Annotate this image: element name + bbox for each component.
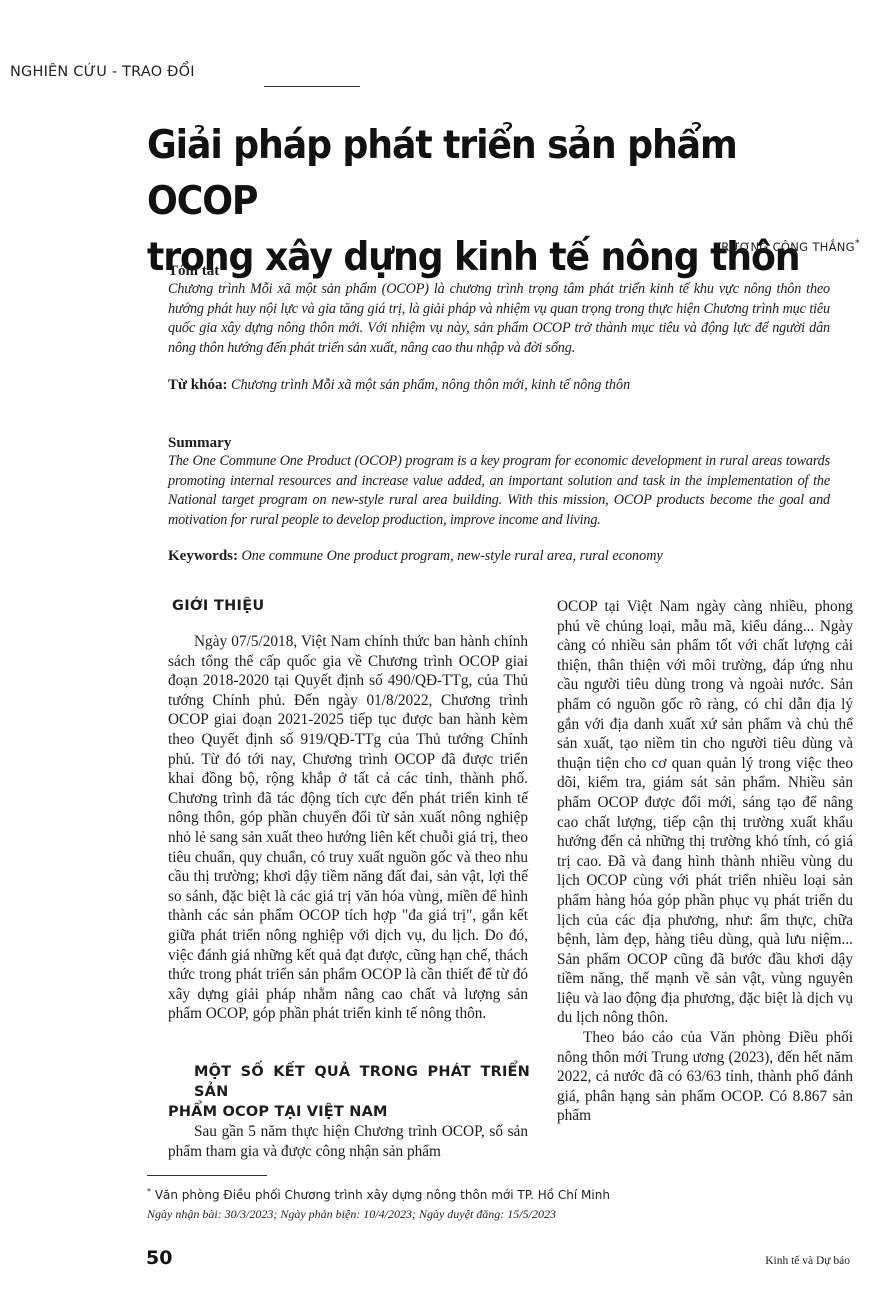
abstract-body: Chương trình Mỗi xã một sản phẩm (OCOP) …: [168, 280, 830, 358]
page-number: 50: [146, 1247, 172, 1269]
keywords-en-line: Keywords: One commune One product progra…: [168, 547, 830, 565]
title-line-1: Giải pháp phát triển sản phẩm OCOP: [147, 118, 817, 230]
keywords-en-text: One commune One product program, new-sty…: [242, 548, 663, 564]
author-footnote-mark: *: [855, 238, 860, 249]
footnote-rule: [147, 1175, 267, 1176]
footnote-mark: *: [147, 1187, 151, 1196]
abstract-vietnamese: Tóm tắt Chương trình Mỗi xã một sản phẩm…: [168, 262, 830, 394]
keywords-en-label: Keywords:: [168, 548, 238, 564]
intro-heading: GIỚI THIỆU: [172, 598, 265, 614]
keywords-label: Từ khóa:: [168, 377, 227, 393]
keywords-line: Từ khóa: Chương trình Mỗi xã một sản phẩ…: [168, 376, 830, 394]
results-heading-line-1: MỘT SỐ KẾT QUẢ TRONG PHÁT TRIỂN SẢN: [168, 1062, 530, 1102]
results-heading: MỘT SỐ KẾT QUẢ TRONG PHÁT TRIỂN SẢN PHẨM…: [168, 1062, 530, 1122]
author-name: TRƯƠNG CÔNG THẮNG: [714, 240, 855, 254]
summary-heading: Summary: [168, 434, 830, 452]
intro-paragraph: Ngày 07/5/2018, Việt Nam chính thức ban …: [168, 632, 528, 1024]
left-column: Ngày 07/5/2018, Việt Nam chính thức ban …: [168, 632, 528, 1024]
journal-name: Kinh tế và Dự báo: [765, 1255, 850, 1267]
summary-body: The One Commune One Product (OCOP) progr…: [168, 452, 830, 530]
results-paragraph: Sau gần 5 năm thực hiện Chương trình OCO…: [168, 1122, 528, 1161]
author-byline: TRƯƠNG CÔNG THẮNG*: [714, 238, 860, 254]
left-column-results: Sau gần 5 năm thực hiện Chương trình OCO…: [168, 1122, 528, 1161]
keywords-text: Chương trình Mỗi xã một sản phẩm, nông t…: [231, 377, 630, 393]
author-affiliation-footnote: * Văn phòng Điều phối Chương trình xây d…: [147, 1187, 610, 1202]
right-paragraph-2: Theo báo cáo của Văn phòng Điều phối nôn…: [557, 1028, 853, 1126]
right-column: OCOP tại Việt Nam ngày càng nhiều, phong…: [557, 597, 853, 1126]
abstract-english: Summary The One Commune One Product (OCO…: [168, 434, 830, 565]
footnote-text: Văn phòng Điều phối Chương trình xây dựn…: [155, 1188, 610, 1202]
right-paragraph-1: OCOP tại Việt Nam ngày càng nhiều, phong…: [557, 597, 853, 1028]
results-heading-line-2: PHẨM OCOP TẠI VIỆT NAM: [168, 1102, 530, 1122]
submission-dates: Ngày nhận bài: 30/3/2023; Ngày phản biện…: [147, 1207, 556, 1222]
section-tag: NGHIÊN CỨU - TRAO ĐỔI: [10, 64, 195, 80]
article-title: Giải pháp phát triển sản phẩm OCOP trong…: [147, 118, 817, 286]
header-rule: [264, 86, 360, 87]
abstract-heading: Tóm tắt: [168, 262, 830, 280]
